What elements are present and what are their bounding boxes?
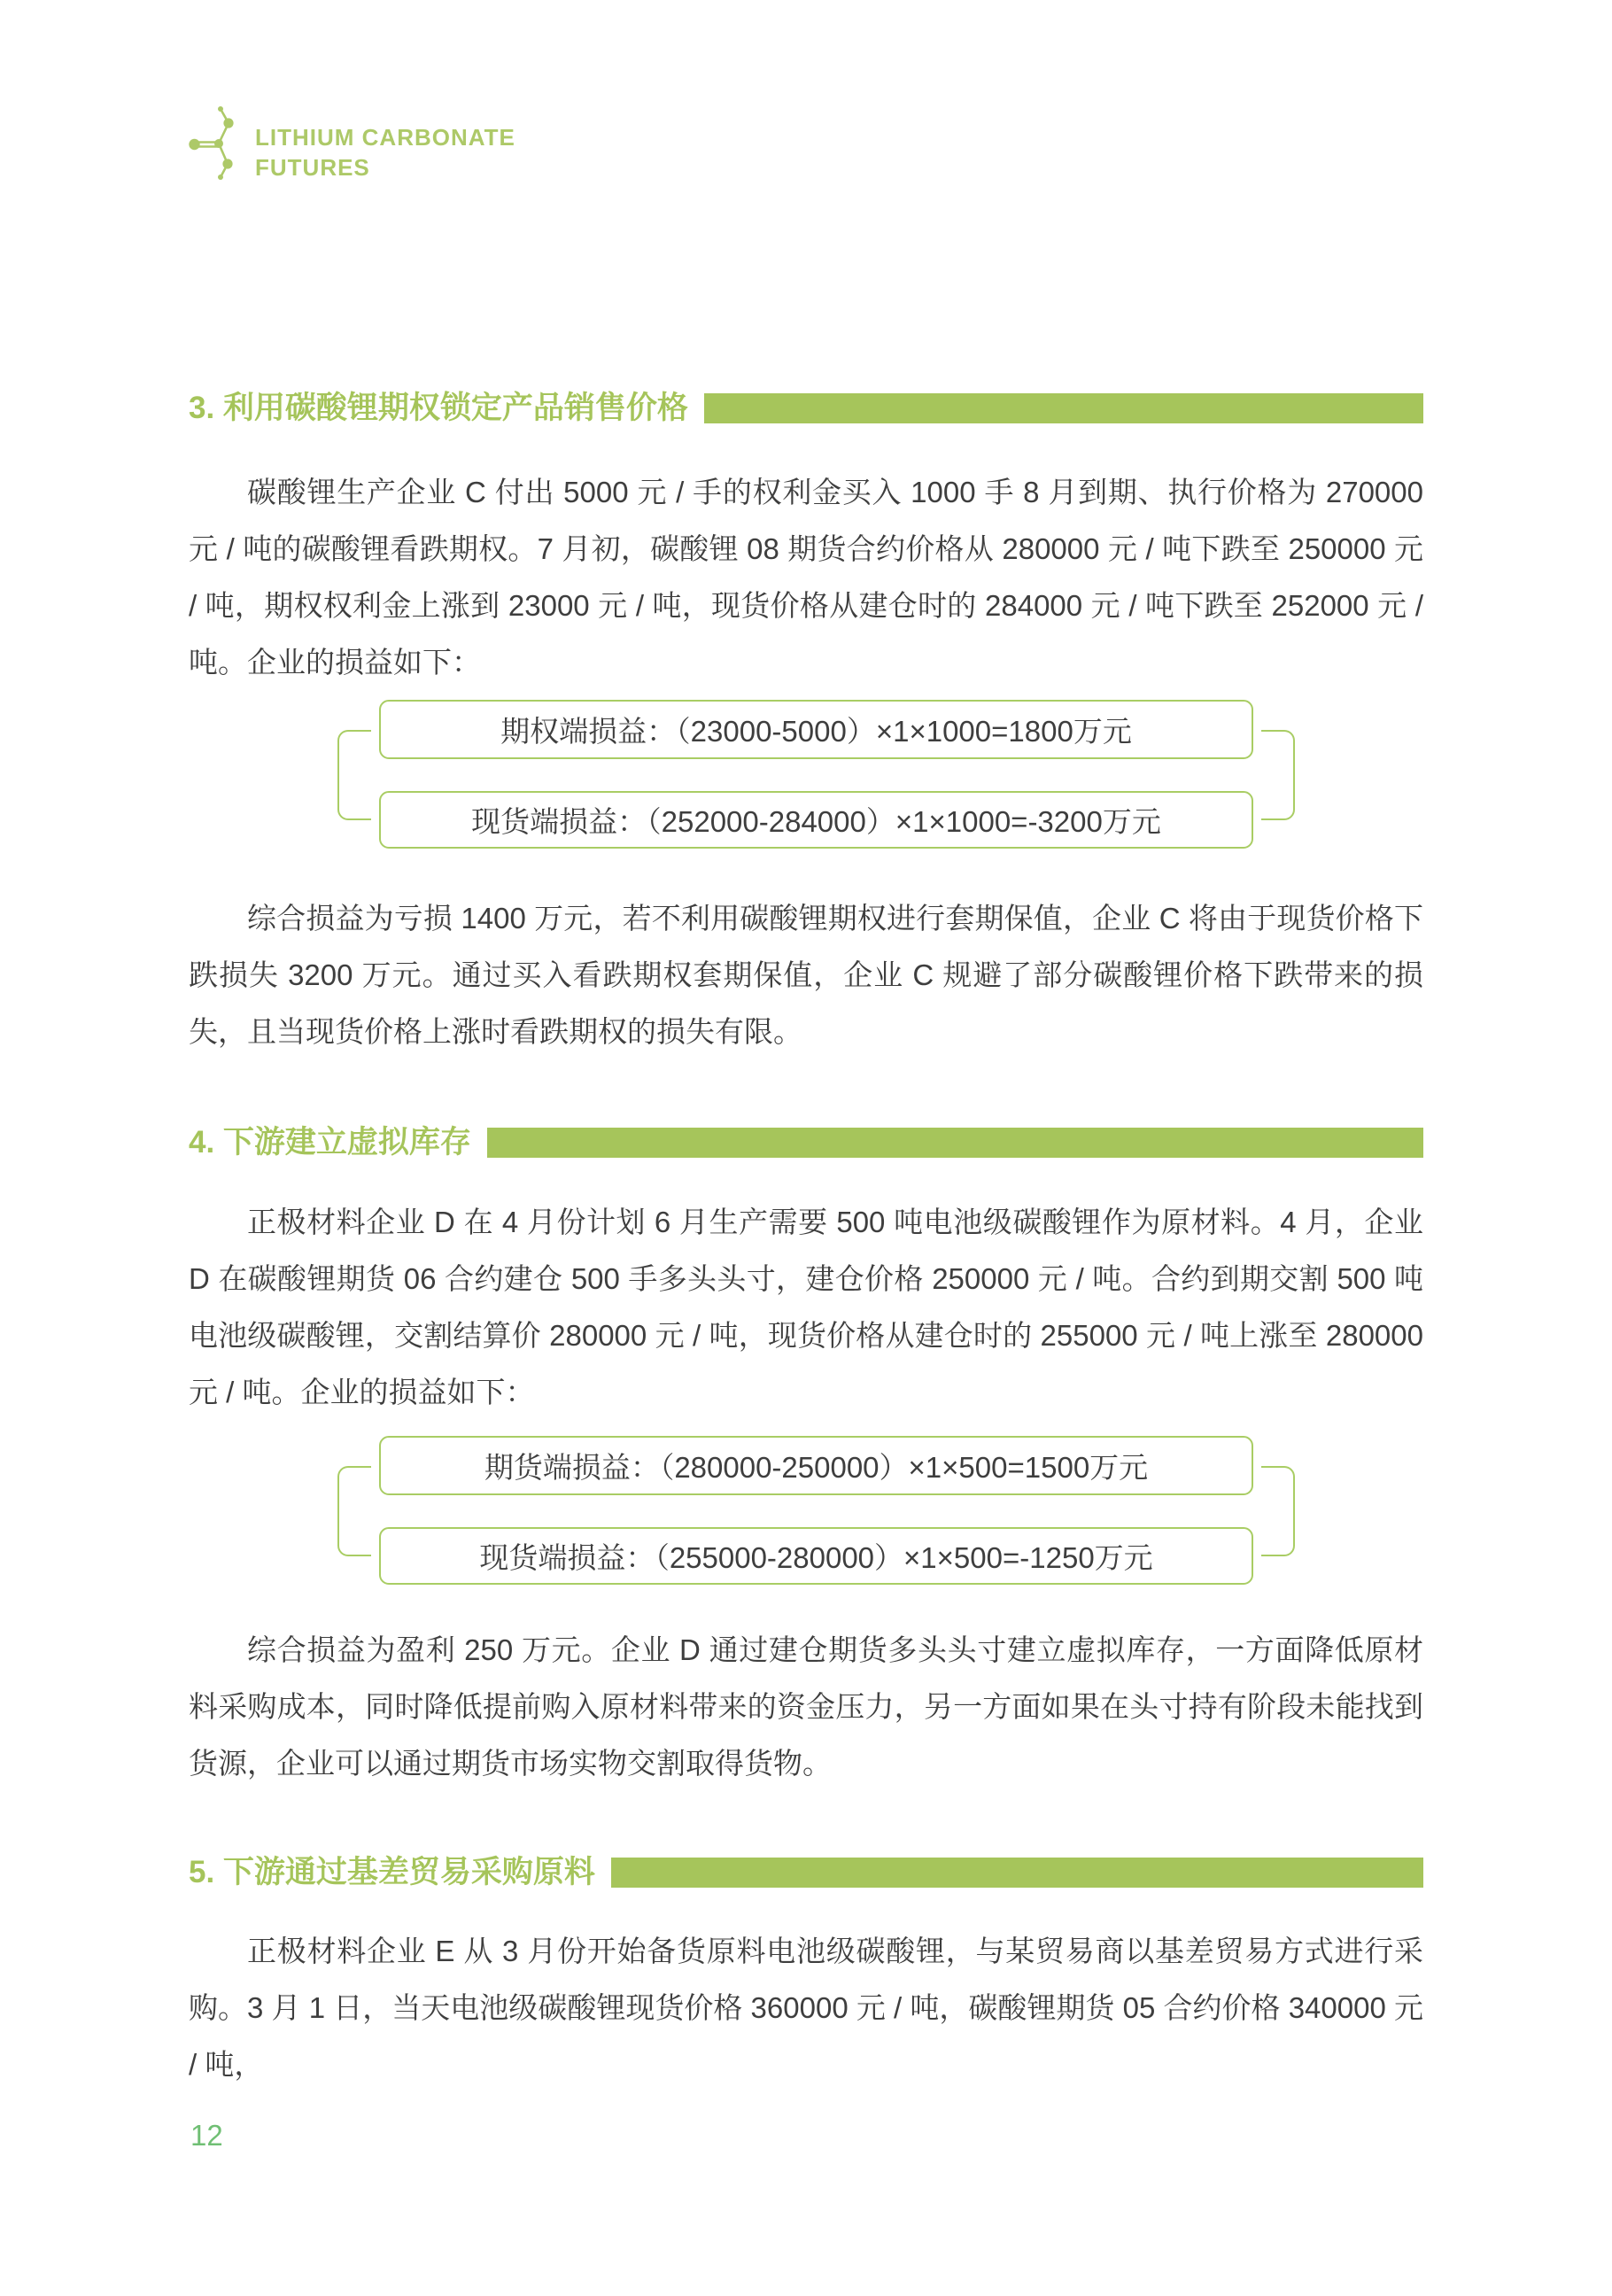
section-4-title: 4. 下游建立虚拟库存 (189, 1127, 471, 1159)
formula-box-futures-pnl: 期货端损益：（280000-250000）×1×500=1500万元 (379, 1436, 1253, 1495)
document-page: LITHIUM CARBONATE FUTURES 3. 利用碳酸锂期权锁定产品… (0, 0, 1612, 2296)
brand-text: LITHIUM CARBONATE FUTURES (255, 99, 515, 188)
brand-line2: FUTURES (255, 154, 370, 181)
section-5-title: 5. 下游通过基差贸易采购原料 (189, 1857, 595, 1889)
section-3-heading-row: 3. 利用碳酸锂期权锁定产品销售价格 (189, 392, 1423, 424)
brand-logo: LITHIUM CARBONATE FUTURES (189, 99, 515, 188)
section-4-heading-row: 4. 下游建立虚拟库存 (189, 1127, 1423, 1159)
section-3-intro-paragraph: 碳酸锂生产企业 C 付出 5000 元 / 手的权利金买入 1000 手 8 月… (189, 464, 1423, 691)
molecule-icon (189, 99, 244, 188)
page-number: 12 (190, 2119, 223, 2152)
heading-bar (611, 1858, 1423, 1888)
brand-line1: LITHIUM CARBONATE (255, 124, 515, 151)
section-4-intro-paragraph: 正极材料企业 D 在 4 月份计划 6 月生产需要 500 吨电池级碳酸锂作为原… (189, 1194, 1423, 1421)
section-3-title: 3. 利用碳酸锂期权锁定产品销售价格 (189, 392, 688, 424)
section-4-formula-group: 期货端损益：（280000-250000）×1×500=1500万元 现货端损益… (379, 1436, 1253, 1585)
section-5-heading-row: 5. 下游通过基差贸易采购原料 (189, 1857, 1423, 1889)
formula-box-spot-pnl: 现货端损益：（255000-280000）×1×500=-1250万元 (379, 1527, 1253, 1585)
left-bracket-shape (337, 1466, 371, 1556)
section-3-formula-group: 期权端损益：（23000-5000）×1×1000=1800万元 现货端损益：（… (379, 700, 1253, 849)
section-3-summary-paragraph: 综合损益为亏损 1400 万元，若不利用碳酸锂期权进行套期保值，企业 C 将由于… (189, 890, 1423, 1060)
right-bracket-shape (1261, 730, 1295, 820)
left-bracket-shape (337, 730, 371, 820)
section-4-summary-paragraph: 综合损益为盈利 250 万元。企业 D 通过建仓期货多头头寸建立虚拟库存，一方面… (189, 1622, 1423, 1792)
section-5-intro-paragraph: 正极材料企业 E 从 3 月份开始备货原料电池级碳酸锂，与某贸易商以基差贸易方式… (189, 1923, 1423, 2093)
heading-bar (487, 1128, 1423, 1158)
heading-bar (704, 393, 1423, 423)
formula-box-option-pnl: 期权端损益：（23000-5000）×1×1000=1800万元 (379, 700, 1253, 759)
right-bracket-shape (1261, 1466, 1295, 1556)
formula-box-spot-pnl: 现货端损益：（252000-284000）×1×1000=-3200万元 (379, 791, 1253, 849)
